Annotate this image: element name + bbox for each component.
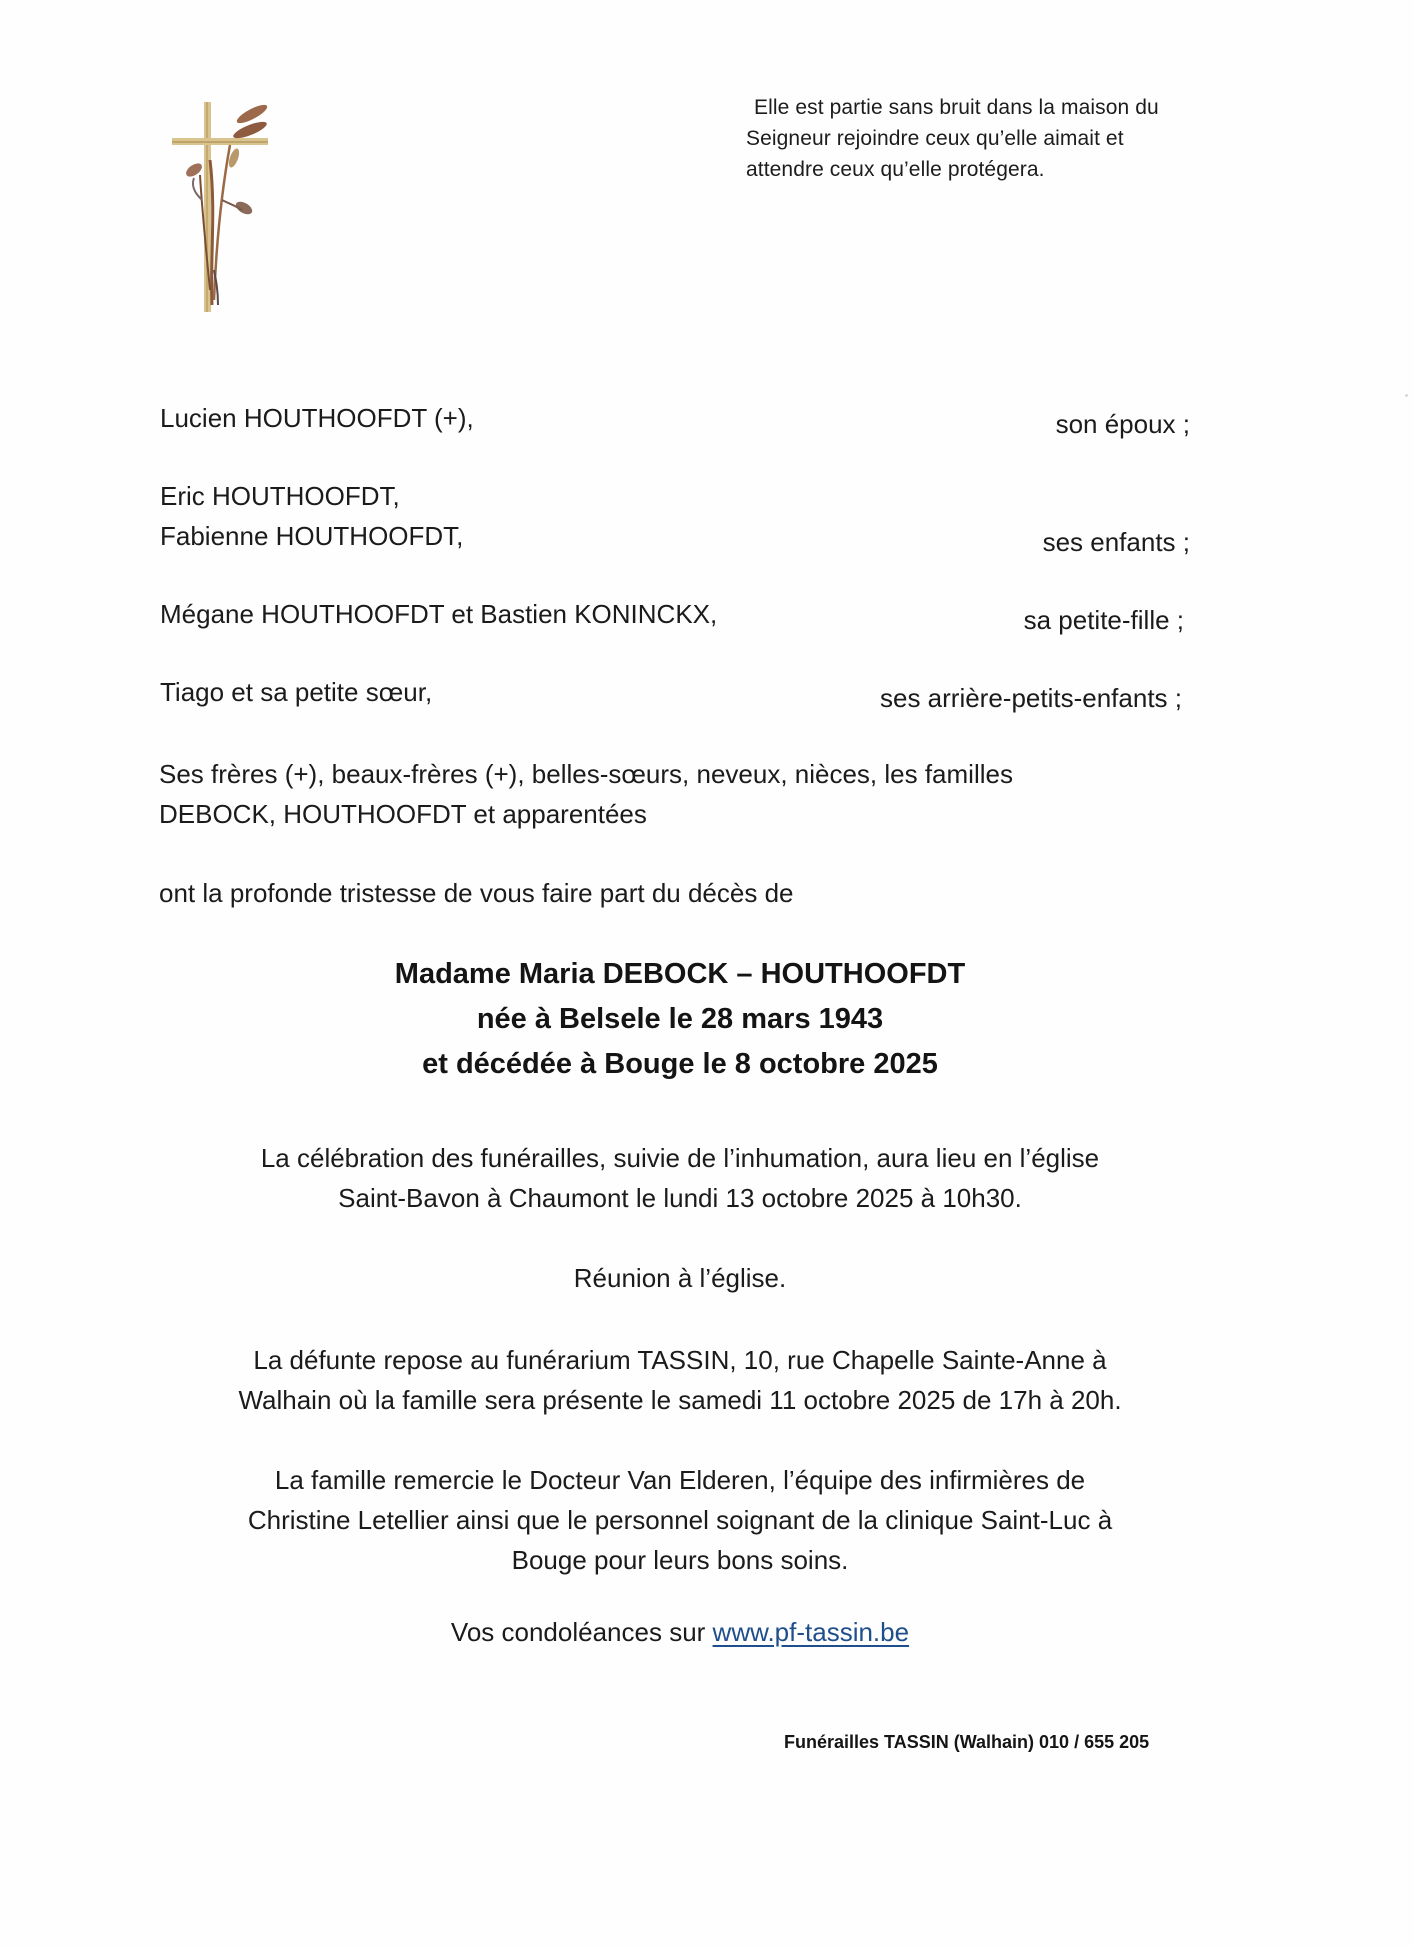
family-names: Lucien HOUTHOOFDT (+), (160, 398, 474, 438)
family-relation: ses arrière-petits-enfants ; (880, 678, 1182, 718)
deceased-name: Madame Maria DEBOCK – HOUTHOOFDT (0, 952, 1360, 997)
resting-paragraph: La défunte repose au funérarium TASSIN, … (0, 1340, 1360, 1420)
condolences-prefix: Vos condoléances sur (451, 1617, 713, 1647)
family-relation: sa petite-fille ; (1024, 600, 1184, 640)
family-row: Tiago et sa petite sœur, ses arrière-pet… (160, 672, 1190, 712)
family-names: Tiago et sa petite sœur, (160, 672, 432, 712)
epigraph: Elle est partie sans bruit dans la maiso… (746, 92, 1216, 185)
family-relation: son époux ; (1056, 404, 1190, 444)
ceremony-line: La célébration des funérailles, suivie d… (0, 1138, 1360, 1178)
extended-family-line: Ses frères (+), beaux-frères (+), belles… (159, 754, 1199, 794)
condolences-link[interactable]: www.pf-tassin.be (713, 1617, 910, 1647)
epigraph-line: Elle est partie sans bruit dans la maiso… (746, 92, 1216, 123)
deceased-block: Madame Maria DEBOCK – HOUTHOOFDT née à B… (0, 952, 1360, 1087)
family-member: Fabienne HOUTHOOFDT, (160, 516, 463, 556)
extended-family-line: DEBOCK, HOUTHOOFDT et apparentées (159, 794, 1199, 834)
family-names: Eric HOUTHOOFDT, Fabienne HOUTHOOFDT, (160, 476, 463, 556)
thanks-paragraph: La famille remercie le Docteur Van Elder… (0, 1460, 1360, 1580)
condolences-paragraph: Vos condoléances sur www.pf-tassin.be (0, 1612, 1360, 1652)
resting-line: Walhain où la famille sera présente le s… (0, 1380, 1360, 1420)
scan-speck (1405, 394, 1408, 397)
family-list: Lucien HOUTHOOFDT (+), son époux ; Eric … (160, 398, 1190, 712)
deceased-death: et décédée à Bouge le 8 octobre 2025 (0, 1042, 1360, 1087)
thanks-line: Christine Letellier ainsi que le personn… (0, 1500, 1360, 1540)
announcement-text: ont la profonde tristesse de vous faire … (159, 873, 794, 913)
ceremony-line: Saint-Bavon à Chaumont le lundi 13 octob… (0, 1178, 1360, 1218)
family-row: Mégane HOUTHOOFDT et Bastien KONINCKX, s… (160, 594, 1190, 634)
thanks-line: La famille remercie le Docteur Van Elder… (0, 1460, 1360, 1500)
family-relation: ses enfants ; (1043, 522, 1190, 562)
family-member: Tiago et sa petite sœur, (160, 672, 432, 712)
resting-line: La défunte repose au funérarium TASSIN, … (0, 1340, 1360, 1380)
funeral-notice-page: Elle est partie sans bruit dans la maiso… (0, 0, 1414, 1946)
family-member: Lucien HOUTHOOFDT (+), (160, 398, 474, 438)
extended-family: Ses frères (+), beaux-frères (+), belles… (159, 754, 1199, 834)
family-names: Mégane HOUTHOOFDT et Bastien KONINCKX, (160, 594, 717, 634)
deceased-birth: née à Belsele le 28 mars 1943 (0, 997, 1360, 1042)
reunion-line: Réunion à l’église. (0, 1258, 1360, 1298)
family-row: Lucien HOUTHOOFDT (+), son époux ; (160, 398, 1190, 438)
funeral-home-footer: Funérailles TASSIN (Walhain) 010 / 655 2… (784, 1732, 1149, 1753)
ceremony-paragraph: La célébration des funérailles, suivie d… (0, 1138, 1360, 1218)
family-row: Eric HOUTHOOFDT, Fabienne HOUTHOOFDT, se… (160, 476, 1190, 556)
epigraph-line: Seigneur rejoindre ceux qu’elle aimait e… (746, 123, 1216, 154)
thanks-line: Bouge pour leurs bons soins. (0, 1540, 1360, 1580)
family-member: Eric HOUTHOOFDT, (160, 476, 463, 516)
reunion-paragraph: Réunion à l’église. (0, 1258, 1360, 1298)
epigraph-line: attendre ceux qu’elle protégera. (746, 154, 1216, 185)
condolences-line: Vos condoléances sur www.pf-tassin.be (0, 1612, 1360, 1652)
family-member: Mégane HOUTHOOFDT et Bastien KONINCKX, (160, 594, 717, 634)
cross-with-wheat-icon (172, 100, 282, 320)
